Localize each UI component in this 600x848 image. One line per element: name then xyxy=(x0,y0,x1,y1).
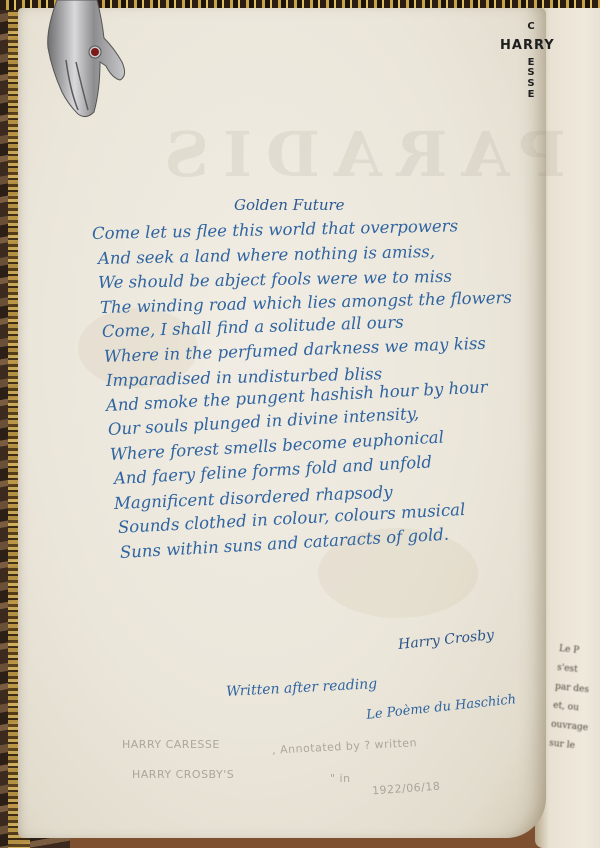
book-photo: Le P s'est par des et, ou ouvrage sur le… xyxy=(0,0,600,848)
show-through-print: PARADIS xyxy=(148,118,568,191)
silver-hand-charm-icon xyxy=(42,0,132,120)
poem-title: Golden Future xyxy=(234,196,345,214)
pencil-note: HARRY CROSBY'S xyxy=(132,768,234,781)
pencil-note: " in xyxy=(330,772,351,785)
pencil-note: HARRY CARESSE xyxy=(122,738,220,751)
poem-body: Come let us flee this world that overpow… xyxy=(92,222,562,565)
harry-caresse-monogram: HARRY C A R E S S E xyxy=(500,22,560,102)
